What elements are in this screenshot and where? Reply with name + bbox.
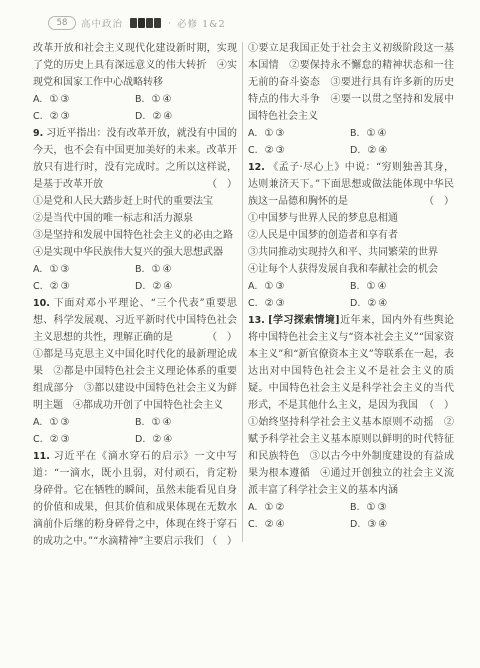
answer-options: A.①③ B.①④ C.②③ D.②④: [33, 91, 237, 125]
question-number: 10.: [33, 298, 50, 309]
statement-body: ①要立足我国正处于社会主义初级阶段这一基本国情 ②要保持永不懈怠的精神状态和一往…: [248, 40, 454, 125]
statement-item: ①是党和人民大踏步赶上时代的重要法宝: [33, 193, 237, 210]
question-stem: 12.《孟子·尽心上》中说：“穷则独善其身，达则兼济天下。”下面思想或做法能体现…: [248, 159, 454, 210]
question-8-continuation: 改革开放和社会主义现代化建设新时期，实现了党的历史上具有深远意义的伟大转折 ④实…: [33, 40, 237, 125]
answer-options: A.①③ B.①④ C.②③ D.②④: [248, 125, 454, 159]
question-number: 11.: [33, 451, 50, 462]
header-separator: ·: [168, 18, 172, 29]
statement-item: ③共同推动实现持久和平、共同繁荣的世界: [248, 244, 454, 261]
page-body: 改革开放和社会主义现代化建设新时期，实现了党的历史上具有深远意义的伟大转折 ④实…: [0, 31, 480, 550]
option-c: C.②③: [33, 431, 135, 448]
question-11: 11.习近平在《滴水穿石的启示》一文中写道：“一滴水，既小且弱，对付顽石，肯定粉…: [33, 448, 237, 550]
statement-body: ①始终坚持科学社会主义基本原则不动摇 ②赋予科学社会主义基本原则以鲜明的时代特征…: [248, 414, 454, 499]
answer-options: A.①③ B.①④ C.②③ D.②④: [33, 261, 237, 295]
option-d: D.③④: [350, 516, 454, 533]
statement-item: ②人民是中国梦的创造者和享有者: [248, 227, 454, 244]
question-13: 13.[学习探索情境]近年来，国内外有些舆论将中国特色社会主义与“资本社会主义”…: [248, 312, 454, 533]
statement-item: ④是实现中华民族伟大复兴的强大思想武器: [33, 244, 237, 261]
column-divider: [242, 42, 243, 542]
statement-item: ①中国梦与世界人民的梦息息相通: [248, 210, 454, 227]
option-d: D.②④: [350, 295, 454, 312]
option-b: B.①④: [135, 414, 237, 431]
question-12: 12.《孟子·尽心上》中说：“穷则独善其身，达则兼济天下。”下面思想或做法能体现…: [248, 159, 454, 312]
answer-options: A.①③ B.①④ C.②③ D.②④: [33, 414, 237, 448]
brand-logo-icon: [130, 18, 161, 28]
answer-blank: （ ）: [207, 176, 237, 193]
answer-options: A.①② B.①③ C.②④ D.③④: [248, 499, 454, 533]
answer-blank: （ ）: [424, 193, 454, 210]
left-column: 改革开放和社会主义现代化建设新时期，实现了党的历史上具有深远意义的伟大转折 ④实…: [33, 40, 237, 550]
option-c: C.②③: [33, 108, 135, 125]
header-subject: 高中政治: [81, 16, 123, 30]
option-c: C.②③: [248, 295, 350, 312]
question-stem: 10.下面对邓小平理论、“三个代表”重要思想、科学发展观、习近平新时代中国特色社…: [33, 295, 237, 346]
answer-blank: （ ）: [424, 397, 454, 414]
question-number: 9.: [33, 128, 43, 139]
answer-blank: （ ）: [207, 533, 237, 550]
page-number-badge: 58: [48, 16, 76, 30]
option-a: A.①③: [248, 278, 350, 295]
option-d: D.②④: [350, 142, 454, 159]
option-c: C.②③: [248, 142, 350, 159]
question-number: 13.: [248, 315, 265, 326]
page-header: 58 高中政治 · 必修 1&2: [0, 0, 480, 31]
question-number: 12.: [248, 162, 265, 173]
option-d: D.②④: [135, 278, 237, 295]
option-b: B.①③: [350, 499, 454, 516]
answer-options: A.①③ B.①④ C.②③ D.②④: [248, 278, 454, 312]
question-stem: 13.[学习探索情境]近年来，国内外有些舆论将中国特色社会主义与“资本社会主义”…: [248, 312, 454, 414]
question-11-continuation: ①要立足我国正处于社会主义初级阶段这一基本国情 ②要保持永不懈怠的精神状态和一往…: [248, 40, 454, 159]
question-9: 9.习近平指出：没有改革开放，就没有中国的今天，也不会有中国更加美好的未来。改革…: [33, 125, 237, 295]
statement-item: ④让每个人获得发展自我和奉献社会的机会: [248, 261, 454, 278]
option-a: A.①③: [33, 261, 135, 278]
question-10: 10.下面对邓小平理论、“三个代表”重要思想、科学发展观、习近平新时代中国特色社…: [33, 295, 237, 448]
question-context-tag: [学习探索情境]: [268, 315, 340, 326]
option-a: A.①③: [248, 125, 350, 142]
option-a: A.①②: [248, 499, 350, 516]
right-column: ①要立足我国正处于社会主义初级阶段这一基本国情 ②要保持永不懈怠的精神状态和一往…: [248, 40, 454, 550]
answer-blank: （ ）: [207, 329, 237, 346]
option-a: A.①③: [33, 91, 135, 108]
question-stem: 9.习近平指出：没有改革开放，就没有中国的今天，也不会有中国更加美好的未来。改革…: [33, 125, 237, 193]
option-a: A.①③: [33, 414, 135, 431]
option-b: B.①④: [135, 91, 237, 108]
statement-item: ②是当代中国的唯一标志和活力源泉: [33, 210, 237, 227]
option-d: D.②④: [135, 431, 237, 448]
question-stem: 11.习近平在《滴水穿石的启示》一文中写道：“一滴水，既小且弱，对付顽石，肯定粉…: [33, 448, 237, 550]
option-b: B.①④: [350, 125, 454, 142]
option-c: C.②④: [248, 516, 350, 533]
statement-body: ①都是马克思主义中国化时代化的最新理论成果 ②都是中国特色社会主义理论体系的重要…: [33, 346, 237, 414]
question-text: 改革开放和社会主义现代化建设新时期，实现了党的历史上具有深远意义的伟大转折 ④实…: [33, 40, 237, 91]
option-d: D.②④: [135, 108, 237, 125]
option-b: B.①④: [350, 278, 454, 295]
header-edition: 必修 1&2: [177, 16, 226, 30]
textbook-page: 58 高中政治 · 必修 1&2 改革开放和社会主义现代化建设新时期，实现了党的…: [0, 0, 480, 668]
option-c: C.②③: [33, 278, 135, 295]
statement-item: ③是坚持和发展中国特色社会主义的必由之路: [33, 227, 237, 244]
option-b: B.①④: [135, 261, 237, 278]
